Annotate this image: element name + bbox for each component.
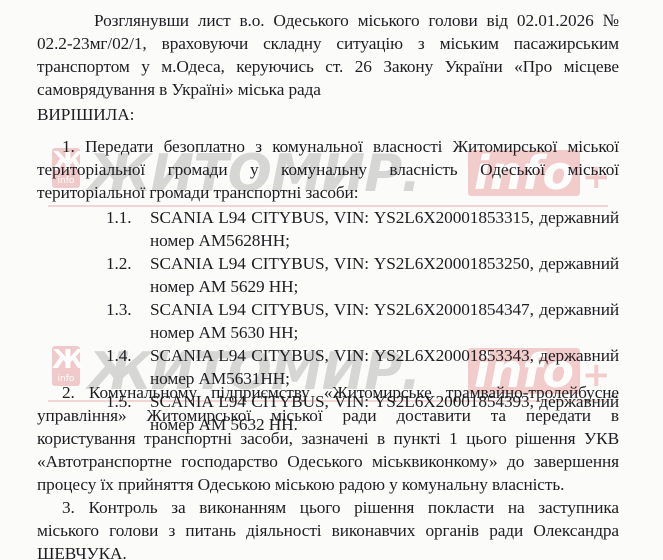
vehicle-item-number: 1.2. [106, 253, 132, 275]
item2-line: управління» Житомирської міської ради до… [37, 405, 619, 427]
vehicle-item-description: SCANIA L94 CITYBUS, VIN: YS2L6X200018532… [150, 253, 619, 275]
item1-line: 1. Передати безоплатно з комунальної вла… [62, 136, 619, 158]
item2-line: користування транспортні засоби, зазначе… [37, 428, 619, 450]
preamble-line: 02.2-23мг/02/1, враховуючи складну ситуа… [37, 33, 619, 55]
item3-line: міського голови з питань діяльності вико… [37, 520, 619, 542]
vehicle-item-number: 1.1. [106, 207, 132, 229]
item2-line: «Автотранспортне господарство Одеського … [37, 451, 619, 473]
item3-line: ШЕВЧУКА. [37, 543, 127, 560]
vehicle-item-number: 1.3. [106, 299, 132, 321]
vehicle-item-plate: номер АМ 5629 НН; [150, 276, 298, 298]
item3-line: 3. Контроль за виконанням цього рішення … [62, 497, 619, 519]
preamble-line: транспортом у м.Одеса, керуючись ст. 26 … [37, 56, 619, 78]
item2-line: 2. Комунальному підприємству «Житомирськ… [62, 382, 619, 404]
scanned-document-page: Ж info ЖИТОМИР. info + Ж info ЖИТОМИР. i… [0, 0, 663, 560]
watermark-logo-icon: Ж info [52, 346, 80, 386]
preamble-line: Розглянувши лист в.о. Одеського міського… [94, 10, 619, 32]
vehicle-item-description: SCANIA L94 CITYBUS, VIN: YS2L6X200018543… [150, 299, 619, 321]
item1-line: територіальної громади у комунальну влас… [37, 159, 619, 181]
item2-line: процесу їх прийняття Одеською міською ра… [37, 474, 564, 496]
vehicle-item-description: SCANIA L94 CITYBUS, VIN: YS2L6X200018533… [150, 345, 619, 367]
vehicle-item-number: 1.4. [106, 345, 132, 367]
preamble-line: самоврядування в Україні» міська рада [37, 79, 321, 101]
vehicle-item-description: SCANIA L94 CITYBUS, VIN: YS2L6X200018533… [150, 207, 619, 229]
vehicle-item-plate: номер АМ 5630 НН; [150, 322, 298, 344]
resolved-heading: ВИРІШИЛА: [37, 104, 134, 126]
vehicle-item-plate: номер АМ5628НН; [150, 230, 290, 252]
item1-line: територіальної громади транспортні засоб… [37, 182, 358, 204]
